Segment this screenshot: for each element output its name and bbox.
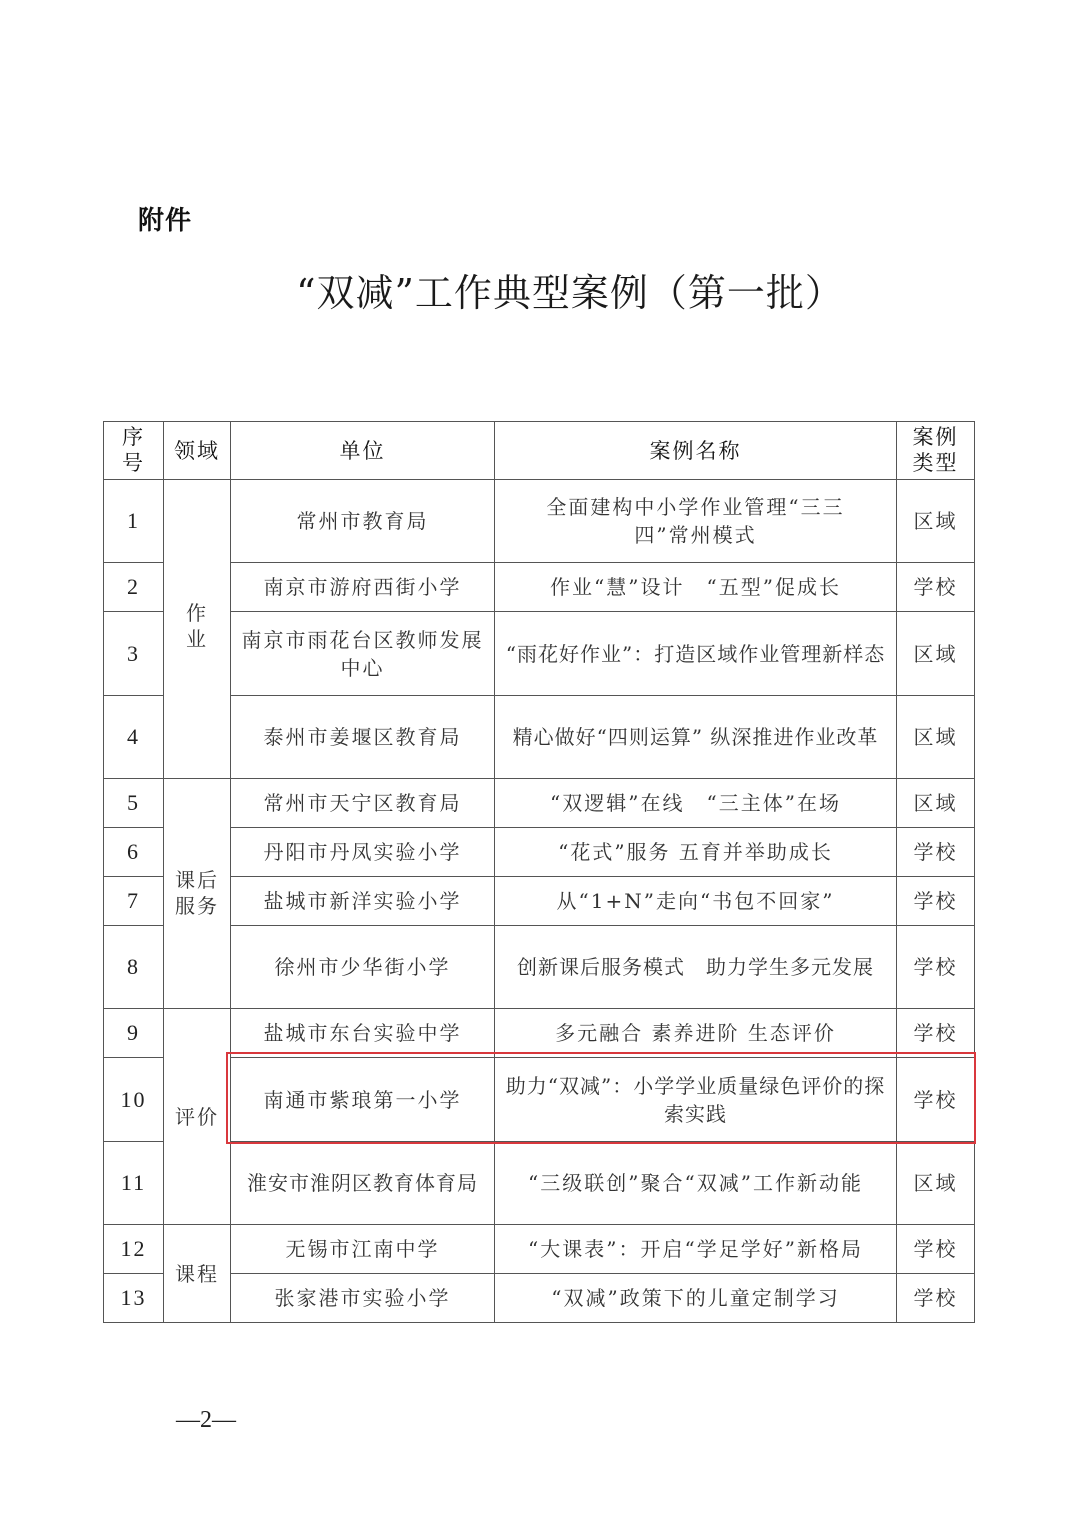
row-index: 3 (104, 612, 164, 696)
row-index: 10 (104, 1058, 164, 1142)
header-unit: 单位 (231, 422, 495, 480)
case-name-cell: 创新课后服务模式 助力学生多元发展 (495, 926, 897, 1009)
case-name-cell: “双减”政策下的儿童定制学习 (495, 1274, 897, 1323)
table-row-highlighted: 10 南通市紫琅第一小学 助力“双减”：小学学业质量绿色评价的探索实践 学校 (104, 1058, 975, 1142)
row-index: 11 (104, 1142, 164, 1225)
field-cell: 课后服务 (164, 779, 231, 1009)
row-index: 1 (104, 480, 164, 563)
case-type-cell: 区域 (897, 480, 975, 563)
case-type-cell: 学校 (897, 563, 975, 612)
case-name-cell: “雨花好作业”：打造区域作业管理新样态 (495, 612, 897, 696)
row-index: 5 (104, 779, 164, 828)
row-index: 13 (104, 1274, 164, 1323)
table-row: 12 课程 无锡市江南中学 “大课表”：开启“学足学好”新格局 学校 (104, 1225, 975, 1274)
case-type-cell: 学校 (897, 828, 975, 877)
case-name-cell: “双逻辑”在线 “三主体”在场 (495, 779, 897, 828)
case-name-cell: 从“1+N”走向“书包不回家” (495, 877, 897, 926)
case-type-cell: 学校 (897, 1225, 975, 1274)
row-index: 9 (104, 1009, 164, 1058)
unit-cell: 张家港市实验小学 (231, 1274, 495, 1323)
table-row: 2 南京市游府西街小学 作业“慧”设计 “五型”促成长 学校 (104, 563, 975, 612)
case-type-cell: 区域 (897, 1142, 975, 1225)
unit-cell: 常州市教育局 (231, 480, 495, 563)
row-index: 4 (104, 696, 164, 779)
unit-cell: 南通市紫琅第一小学 (231, 1058, 495, 1142)
row-index: 2 (104, 563, 164, 612)
table-row: 6 丹阳市丹凤实验小学 “花式”服务 五育并举助成长 学校 (104, 828, 975, 877)
unit-cell: 徐州市少华街小学 (231, 926, 495, 1009)
cases-table: 序号 领域 单位 案例名称 案例类型 1 作业 常州市教育局 全面建构中小学作业… (103, 421, 975, 1323)
table-row: 5 课后服务 常州市天宁区教育局 “双逻辑”在线 “三主体”在场 区域 (104, 779, 975, 828)
row-index: 12 (104, 1225, 164, 1274)
field-cell: 课程 (164, 1225, 231, 1323)
case-name-cell: “花式”服务 五育并举助成长 (495, 828, 897, 877)
unit-cell: 淮安市淮阴区教育体育局 (231, 1142, 495, 1225)
unit-cell: 常州市天宁区教育局 (231, 779, 495, 828)
row-index: 6 (104, 828, 164, 877)
unit-cell: 丹阳市丹凤实验小学 (231, 828, 495, 877)
case-type-cell: 学校 (897, 1058, 975, 1142)
row-index: 7 (104, 877, 164, 926)
header-index: 序号 (104, 422, 164, 480)
attachment-label: 附件 (138, 200, 192, 237)
row-index: 8 (104, 926, 164, 1009)
case-type-cell: 学校 (897, 877, 975, 926)
header-case-type: 案例类型 (897, 422, 975, 480)
header-field: 领域 (164, 422, 231, 480)
case-name-cell: 多元融合 素养进阶 生态评价 (495, 1009, 897, 1058)
case-name-cell: 助力“双减”：小学学业质量绿色评价的探索实践 (495, 1058, 897, 1142)
table-row: 8 徐州市少华街小学 创新课后服务模式 助力学生多元发展 学校 (104, 926, 975, 1009)
table-row: 1 作业 常州市教育局 全面建构中小学作业管理“三三四”常州模式 区域 (104, 480, 975, 563)
unit-cell: 南京市雨花台区教师发展中心 (231, 612, 495, 696)
unit-cell: 南京市游府西街小学 (231, 563, 495, 612)
case-name-cell: “大课表”：开启“学足学好”新格局 (495, 1225, 897, 1274)
case-name-cell: 作业“慧”设计 “五型”促成长 (495, 563, 897, 612)
table-header-row: 序号 领域 单位 案例名称 案例类型 (104, 422, 975, 480)
page-number: —2— (176, 1407, 236, 1434)
case-type-cell: 区域 (897, 612, 975, 696)
table-row: 3 南京市雨花台区教师发展中心 “雨花好作业”：打造区域作业管理新样态 区域 (104, 612, 975, 696)
case-name-cell: “三级联创”聚合“双减”工作新动能 (495, 1142, 897, 1225)
case-type-cell: 区域 (897, 696, 975, 779)
page-title: “双减”工作典型案例（第一批） (0, 262, 1080, 317)
unit-cell: 盐城市新洋实验小学 (231, 877, 495, 926)
table-row: 13 张家港市实验小学 “双减”政策下的儿童定制学习 学校 (104, 1274, 975, 1323)
case-name-cell: 精心做好“四则运算” 纵深推进作业改革 (495, 696, 897, 779)
table-row: 11 淮安市淮阴区教育体育局 “三级联创”聚合“双减”工作新动能 区域 (104, 1142, 975, 1225)
table-row: 9 评价 盐城市东台实验中学 多元融合 素养进阶 生态评价 学校 (104, 1009, 975, 1058)
case-type-cell: 学校 (897, 926, 975, 1009)
unit-cell: 盐城市东台实验中学 (231, 1009, 495, 1058)
case-name-cell: 全面建构中小学作业管理“三三四”常州模式 (495, 480, 897, 563)
field-cell: 评价 (164, 1009, 231, 1225)
table-row: 4 泰州市姜堰区教育局 精心做好“四则运算” 纵深推进作业改革 区域 (104, 696, 975, 779)
table-row: 7 盐城市新洋实验小学 从“1+N”走向“书包不回家” 学校 (104, 877, 975, 926)
unit-cell: 泰州市姜堰区教育局 (231, 696, 495, 779)
field-cell: 作业 (164, 480, 231, 779)
header-case-name: 案例名称 (495, 422, 897, 480)
case-type-cell: 学校 (897, 1009, 975, 1058)
unit-cell: 无锡市江南中学 (231, 1225, 495, 1274)
case-type-cell: 学校 (897, 1274, 975, 1323)
case-type-cell: 区域 (897, 779, 975, 828)
